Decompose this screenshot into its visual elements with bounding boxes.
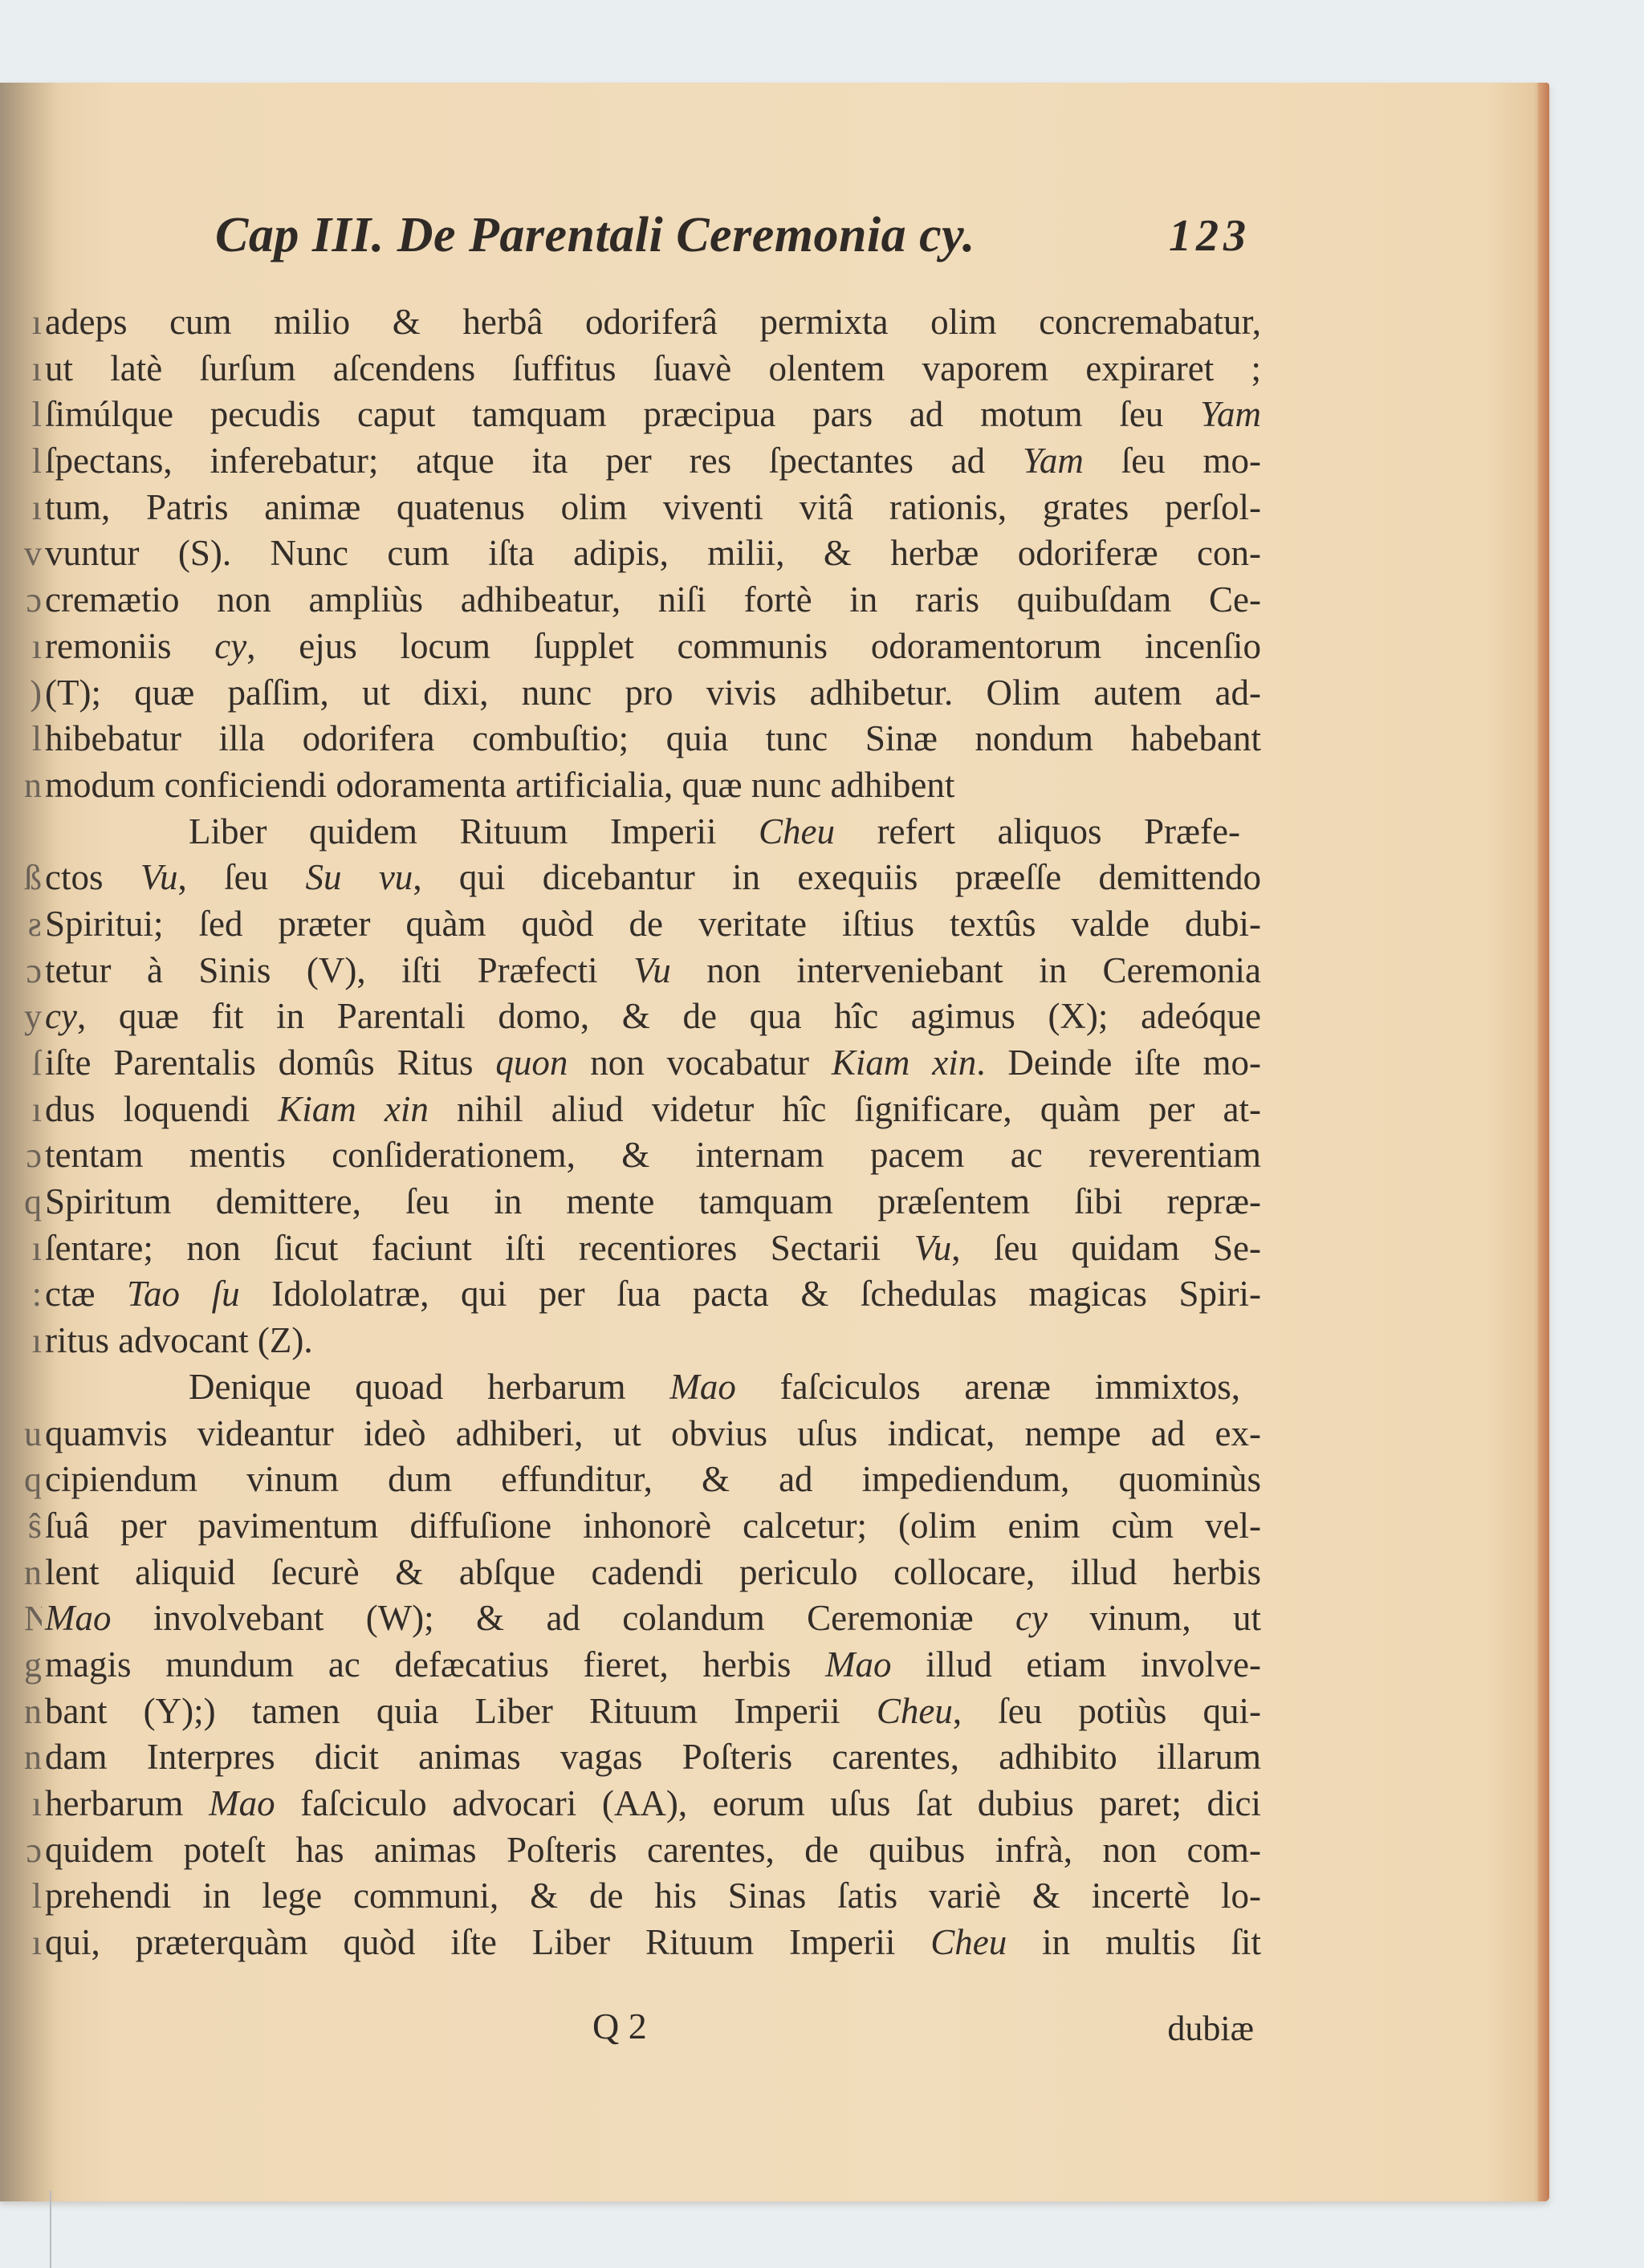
text-line: gmagis mundum ac defæcatius fieret, herb… <box>24 1642 1264 1689</box>
line-text: magis mundum ac defæcatius fieret, herbi… <box>45 1642 1261 1689</box>
bleed-through-glyph: N <box>24 1595 42 1642</box>
text-line: NMao involvebant (W); & ad colandum Cere… <box>24 1595 1264 1642</box>
line-text: herbarum Mao faſciculo advocari (AA), eo… <box>45 1781 1261 1827</box>
gutter-line <box>50 2191 51 2268</box>
bleed-through-glyph: l <box>24 438 42 485</box>
page-footer: Q 2 dubiæ <box>0 2005 1276 2061</box>
bleed-through-glyph: n <box>24 1550 42 1596</box>
line-text: cremætio non ampliùs adhibeatur, niſi fo… <box>45 577 1261 624</box>
text-line: Liber quidem Rituum Imperii Cheu refert … <box>24 809 1264 856</box>
line-text: ſimúlque pecudis caput tamquam præcipua … <box>45 392 1261 438</box>
bleed-through-glyph: ɔ <box>24 1827 42 1874</box>
bleed-through-glyph: ı <box>24 485 42 531</box>
book-page: Cap III. De Parentali Ceremonia cy. 123 … <box>0 83 1549 2201</box>
bleed-through-glyph: ) <box>24 670 42 717</box>
line-text: tetur à Sinis (V), iſti Præfecti Vu non … <box>45 948 1261 994</box>
text-line: ıritus advocant (Z). <box>24 1318 1264 1364</box>
line-text: bant (Y);) tamen quia Liber Rituum Imper… <box>45 1689 1261 1735</box>
text-line: ɔcremætio non ampliùs adhibeatur, niſi f… <box>24 577 1264 624</box>
line-text: hibebatur illa odorifera combuſtio; quia… <box>45 716 1261 762</box>
text-line: :ctæ Tao ſu Idololatræ, qui per ſua pact… <box>24 1271 1264 1318</box>
text-line: )(T); quæ paſſim, ut dixi, nunc pro vivi… <box>24 670 1264 717</box>
text-line: ɔtetur à Sinis (V), iſti Præfecti Vu non… <box>24 948 1264 994</box>
line-text: dus loquendi Kiam xin nihil aliud videtu… <box>45 1087 1261 1133</box>
line-text: Liber quidem Rituum Imperii Cheu refert … <box>189 809 1240 856</box>
running-header: Cap III. De Parentali Ceremonia cy. 123 <box>215 207 1251 271</box>
bleed-through-glyph: ı <box>24 299 42 346</box>
text-line: ıadeps cum milio & herbâ odoriferâ permi… <box>24 299 1264 346</box>
text-line: Denique quoad herbarum Mao faſciculos ar… <box>24 1364 1264 1411</box>
line-text: (T); quæ paſſim, ut dixi, nunc pro vivis… <box>45 670 1261 717</box>
text-line: lſimúlque pecudis caput tamquam præcipua… <box>24 392 1264 438</box>
bleed-through-glyph: ɔ <box>24 1132 42 1179</box>
line-text: quamvis videantur ideò adhiberi, ut obvi… <box>45 1411 1261 1457</box>
line-text: qui, præterquàm quòd iſte Liber Rituum I… <box>45 1920 1261 1966</box>
text-line: uquamvis videantur ideò adhiberi, ut obv… <box>24 1411 1264 1457</box>
bleed-through-glyph: u <box>24 1411 42 1457</box>
text-line: lſpectans, inferebatur; atque ita per re… <box>24 438 1264 485</box>
bleed-through-glyph: ı <box>24 624 42 670</box>
bleed-through-glyph: ɔ <box>24 948 42 994</box>
text-line: lprehendi in lege communi, & de his Sina… <box>24 1873 1264 1920</box>
bleed-through-glyph: ı <box>24 1781 42 1827</box>
line-text: dam Interpres dicit animas vagas Poſteri… <box>45 1734 1261 1781</box>
text-line: lhibebatur illa odorifera combuſtio; qui… <box>24 716 1264 762</box>
text-line: ıtum, Patris animæ quatenus olim viventi… <box>24 485 1264 531</box>
text-line: qcipiendum vinum dum effunditur, & ad im… <box>24 1457 1264 1503</box>
bleed-through-glyph: ŝ <box>24 1503 42 1550</box>
bleed-through-glyph: ƨ <box>24 901 42 948</box>
line-text: tentam mentis conſiderationem, & interna… <box>45 1132 1261 1179</box>
bleed-through-glyph: n <box>24 1734 42 1781</box>
bleed-through-glyph: q <box>24 1179 42 1225</box>
bleed-through-glyph: l <box>24 716 42 762</box>
running-title: Cap III. De Parentali Ceremonia cy. <box>215 207 975 264</box>
text-line: nlent aliquid ſecurè & abſque cadendi pe… <box>24 1550 1264 1596</box>
text-line: ndam Interpres dicit animas vagas Poſter… <box>24 1734 1264 1781</box>
text-line: ƨSpiritui; ſed præter quàm quòd de verit… <box>24 901 1264 948</box>
bleed-through-glyph: y <box>24 994 42 1040</box>
line-text: ctos Vu, ſeu Su vu, qui dicebantur in ex… <box>45 855 1261 901</box>
line-text: cy, quæ fit in Parentali domo, & de qua … <box>45 994 1261 1040</box>
text-line: ŝſuâ per pavimentum diffuſione inhonorè … <box>24 1503 1264 1550</box>
line-text: cipiendum vinum dum effunditur, & ad imp… <box>45 1457 1261 1503</box>
line-text: ſpectans, inferebatur; atque ita per res… <box>45 438 1261 485</box>
body-text: ıadeps cum milio & herbâ odoriferâ permi… <box>24 299 1264 1966</box>
line-text: Spiritum demittere, ſeu in mente tamquam… <box>45 1179 1261 1225</box>
bleed-through-glyph: g <box>24 1642 42 1689</box>
bleed-through-glyph: ſ <box>24 1040 42 1087</box>
text-line: ſiſte Parentalis domûs Ritus quon non vo… <box>24 1040 1264 1087</box>
text-line: vvuntur (S). Nunc cum iſta adipis, milii… <box>24 530 1264 577</box>
text-line: ıut latè ſurſum aſcendens ſuffitus ſuavè… <box>24 346 1264 392</box>
line-text: iſte Parentalis domûs Ritus quon non voc… <box>45 1040 1261 1087</box>
line-text: adeps cum milio & herbâ odoriferâ permix… <box>45 299 1261 346</box>
line-text: prehendi in lege communi, & de his Sinas… <box>45 1873 1261 1920</box>
line-text: ut latè ſurſum aſcendens ſuffitus ſuavè … <box>45 346 1261 392</box>
page-edge <box>1538 83 1549 2201</box>
bleed-through-glyph: ı <box>24 1318 42 1364</box>
bleed-through-glyph: ı <box>24 1087 42 1133</box>
bleed-through-glyph: n <box>24 762 42 809</box>
bleed-through-glyph: ı <box>24 1920 42 1966</box>
bleed-through-glyph: : <box>24 1271 42 1318</box>
bleed-through-glyph: n <box>24 1689 42 1735</box>
text-line: ıſentare; non ſicut faciunt iſti recenti… <box>24 1225 1264 1272</box>
line-text: ſentare; non ſicut faciunt iſti recentio… <box>45 1225 1261 1272</box>
line-text: Denique quoad herbarum Mao faſciculos ar… <box>189 1364 1240 1411</box>
bleed-through-glyph: v <box>24 530 42 577</box>
bleed-through-glyph: ı <box>24 346 42 392</box>
line-text: ctæ Tao ſu Idololatræ, qui per ſua pacta… <box>45 1271 1261 1318</box>
text-line: ɔquidem poteſt has animas Poſteris caren… <box>24 1827 1264 1874</box>
bleed-through-glyph: l <box>24 392 42 438</box>
bleed-through-glyph: l <box>24 1873 42 1920</box>
text-line: ycy, quæ fit in Parentali domo, & de qua… <box>24 994 1264 1040</box>
text-line: ßctos Vu, ſeu Su vu, qui dicebantur in e… <box>24 855 1264 901</box>
text-line: ıqui, præterquàm quòd iſte Liber Rituum … <box>24 1920 1264 1966</box>
text-line: nmodum conficiendi odoramenta artificial… <box>24 762 1264 809</box>
text-line: ɔtentam mentis conſiderationem, & intern… <box>24 1132 1264 1179</box>
line-text: tum, Patris animæ quatenus olim viventi … <box>45 485 1261 531</box>
line-text: modum conficiendi odoramenta artificiali… <box>45 762 1261 809</box>
text-line: qSpiritum demittere, ſeu in mente tamqua… <box>24 1179 1264 1225</box>
line-text: vuntur (S). Nunc cum iſta adipis, milii,… <box>45 530 1261 577</box>
bleed-through-glyph: ß <box>24 855 42 901</box>
line-text: Spiritui; ſed præter quàm quòd de verita… <box>45 901 1261 948</box>
line-text: remoniis cy, ejus locum ſupplet communis… <box>45 624 1261 670</box>
line-text: Mao involvebant (W); & ad colandum Cerem… <box>45 1595 1261 1642</box>
bleed-through-glyph: ı <box>24 1225 42 1272</box>
text-line: ıherbarum Mao faſciculo advocari (AA), e… <box>24 1781 1264 1827</box>
text-line: ıdus loquendi Kiam xin nihil aliud videt… <box>24 1087 1264 1133</box>
catchword: dubiæ <box>1167 2008 1254 2049</box>
line-text: ritus advocant (Z). <box>45 1318 1261 1364</box>
text-line: ıremoniis cy, ejus locum ſupplet communi… <box>24 624 1264 670</box>
text-line: nbant (Y);) tamen quia Liber Rituum Impe… <box>24 1689 1264 1735</box>
line-text: quidem poteſt has animas Poſteris carent… <box>45 1827 1261 1874</box>
line-text: lent aliquid ſecurè & abſque cadendi per… <box>45 1550 1261 1596</box>
line-text: ſuâ per pavimentum diffuſione inhonorè c… <box>45 1503 1261 1550</box>
page-number: 123 <box>1169 210 1251 262</box>
signature-mark: Q 2 <box>592 2005 647 2047</box>
bleed-through-glyph: q <box>24 1457 42 1503</box>
bleed-through-glyph: ɔ <box>24 577 42 624</box>
